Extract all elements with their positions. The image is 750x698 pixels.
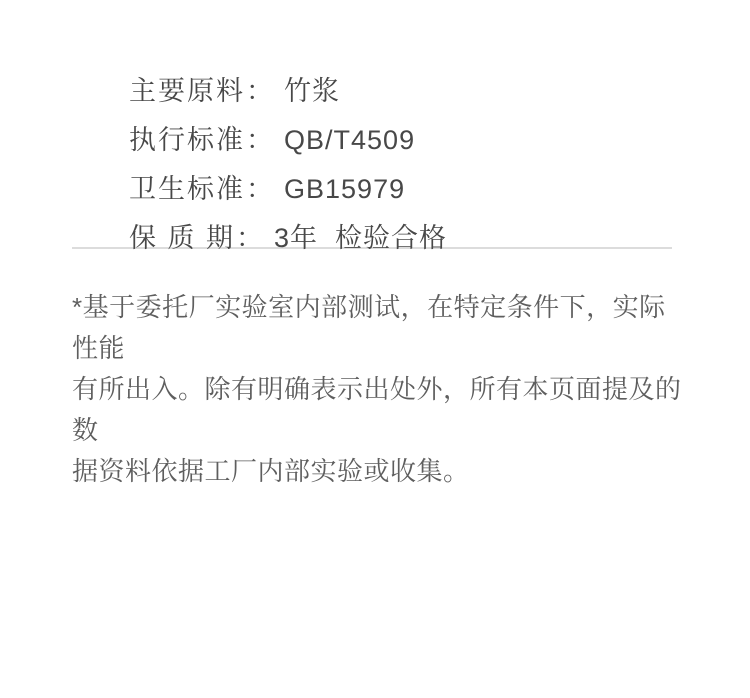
spec-label: 保 质 期	[129, 214, 235, 263]
spec-colon: ：	[246, 165, 275, 214]
disclaimer-line: 据资料依据工厂内部实验或收集。	[72, 451, 690, 492]
spec-label: 卫生标准	[129, 165, 245, 214]
spec-row-material: 主要原料：竹浆	[72, 18, 692, 67]
product-spec-list: 主要原料：竹浆 执行标准：QB/T4509 卫生标准：GB15979 保 质 期…	[72, 18, 692, 214]
disclaimer-line: 有所出入。除有明确表示出处外，所有本页面提及的数	[72, 369, 690, 451]
spec-label: 执行标准	[129, 116, 245, 165]
spec-value: QB/T4509	[284, 125, 415, 155]
disclaimer-line: *基于委托厂实验室内部测试，在特定条件下，实际性能	[72, 287, 690, 369]
spec-colon: ：	[236, 214, 265, 263]
spec-value: 3年 检验合格	[274, 223, 447, 253]
spec-value: GB15979	[284, 174, 405, 204]
product-detail-page: 主要原料：竹浆 执行标准：QB/T4509 卫生标准：GB15979 保 质 期…	[0, 0, 750, 698]
disclaimer-text: *基于委托厂实验室内部测试，在特定条件下，实际性能 有所出入。除有明确表示出处外…	[72, 287, 690, 492]
spec-label: 主要原料	[129, 67, 245, 116]
spec-colon: ：	[246, 116, 275, 165]
spec-colon: ：	[246, 67, 275, 116]
spec-value: 竹浆	[284, 76, 340, 106]
